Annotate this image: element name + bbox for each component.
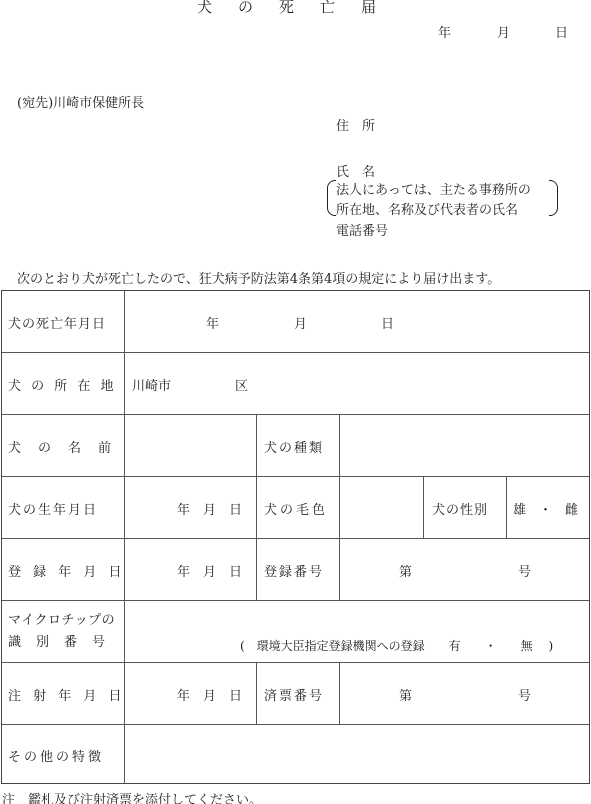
footnote: 注 鑑札及び注射済票を添付してください。 — [2, 789, 262, 804]
col-divider — [256, 414, 257, 538]
title-char: 亡 — [320, 0, 335, 17]
title-char: 犬 — [197, 0, 212, 17]
row-divider — [2, 538, 589, 539]
injection-date-label: 注 射 年 月 日 — [8, 685, 126, 704]
row-divider — [2, 662, 589, 663]
registration-go: 号 — [518, 561, 531, 580]
registration-date-field[interactable]: 年 月 日 — [177, 561, 242, 580]
col-divider — [124, 291, 125, 783]
death-day-field[interactable]: 日 — [381, 313, 394, 332]
col-divider — [256, 662, 257, 724]
other-features-label: その他の特徴 — [8, 746, 104, 765]
phone-label: 電話番号 — [336, 220, 388, 239]
registration-number-label: 登録番号 — [264, 561, 324, 580]
other-features-field[interactable] — [128, 731, 588, 777]
row-divider — [2, 414, 589, 415]
corporate-note-line2: 所在地、名称及び代表者の氏名 — [336, 199, 518, 218]
microchip-registry-note[interactable]: ( 環境大臣指定登録機関への登録 有 ・ 無 ) — [240, 637, 553, 654]
tag-go: 号 — [518, 685, 531, 704]
title-char: の — [238, 0, 253, 17]
sex-options[interactable]: 雄 ・ 雌 — [513, 499, 578, 518]
row-divider — [2, 724, 589, 725]
birth-date-label: 犬の生年月日 — [8, 499, 98, 518]
address-label: 住 所 — [336, 115, 375, 134]
addressee: (宛先)川崎市保健所長 — [17, 92, 144, 111]
submission-year-label: 年 — [438, 22, 451, 41]
injection-date-field[interactable]: 年 月 日 — [177, 685, 242, 704]
name-label: 氏 名 — [336, 161, 375, 180]
bracket-right — [549, 180, 558, 216]
microchip-number-field[interactable] — [128, 603, 588, 633]
coat-color-label: 犬の毛色 — [264, 499, 328, 518]
breed-field[interactable] — [342, 427, 587, 475]
dog-name-field[interactable] — [126, 427, 255, 475]
submission-day-label: 日 — [555, 22, 568, 41]
birth-date-field[interactable]: 年 月 日 — [177, 499, 242, 518]
microchip-label-line1: マイクロチップの — [8, 609, 115, 628]
corporate-note-line1: 法人にあっては、主たる事務所の — [336, 179, 531, 198]
intro-statement: 次のとおり犬が死亡したので、狂犬病予防法第4条第4項の規定により届け出ます。 — [17, 268, 500, 287]
death-date-label: 犬の死亡年月日 — [8, 313, 106, 332]
title-char: 死 — [279, 0, 294, 17]
registration-dai: 第 — [399, 561, 412, 580]
death-month-field[interactable]: 月 — [294, 313, 307, 332]
registration-date-label: 登 録 年 月 日 — [8, 561, 126, 580]
col-divider — [339, 662, 340, 724]
row-divider — [2, 352, 589, 353]
death-year-field[interactable]: 年 — [206, 313, 219, 332]
col-divider — [256, 538, 257, 600]
location-city: 川崎市 — [132, 375, 171, 394]
col-divider — [339, 538, 340, 600]
location-ward-field[interactable]: 区 — [235, 375, 248, 394]
sex-label: 犬の性別 — [432, 499, 488, 518]
breed-label: 犬の種類 — [264, 437, 324, 456]
tag-number-label: 済票番号 — [264, 685, 324, 704]
death-report-table: 犬の死亡年月日 年 月 日 犬 の 所 在 地 川崎市 区 犬 の 名 前 犬の… — [1, 290, 590, 784]
col-divider — [506, 476, 507, 538]
coat-color-field[interactable] — [342, 487, 422, 535]
col-divider — [423, 476, 424, 538]
col-divider — [339, 414, 340, 538]
tag-dai: 第 — [399, 685, 412, 704]
row-divider — [2, 476, 589, 477]
bracket-left — [327, 180, 336, 216]
submission-month-label: 月 — [497, 22, 510, 41]
row-divider — [2, 600, 589, 601]
microchip-label-line2: 識 別 番 号 — [8, 631, 106, 650]
dog-name-label: 犬 の 名 前 — [8, 437, 113, 456]
title-char: 届 — [361, 0, 376, 17]
location-label: 犬 の 所 在 地 — [8, 375, 117, 394]
